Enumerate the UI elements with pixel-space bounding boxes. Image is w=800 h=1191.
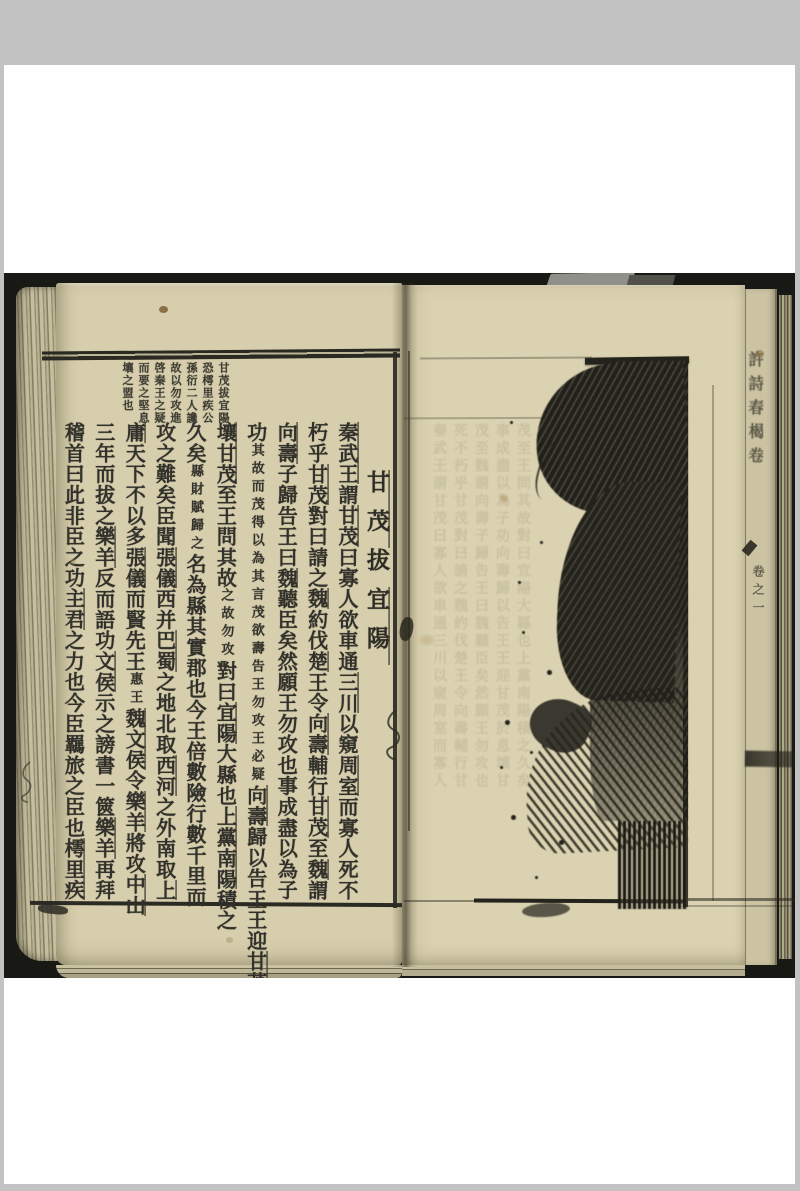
text-segment: 以窺 <box>335 713 359 755</box>
proper-name-marked-text: 庸 <box>122 422 146 443</box>
text-segment: 之外南取 <box>153 796 177 879</box>
proper-name-marked-text: 向壽 <box>244 785 268 827</box>
text-column: 秦武王謂甘茂曰寡人欲車通三川以窺周室而寡人死不 <box>333 422 361 900</box>
folio-edge-title: 許詩春楬卷 <box>748 351 763 566</box>
margin-note-column: 啓秦王之疑 <box>152 362 167 425</box>
proper-name-marked-text: 巴蜀 <box>153 630 177 672</box>
text-segment: 壤之盟也 <box>121 362 134 412</box>
proper-name-marked-text: 三川 <box>335 672 359 714</box>
text-column: 向壽子歸告王曰魏聽臣矣然願王勿攻也事成盡以為子 <box>272 422 300 900</box>
proper-name-marked-text: 甘茂 <box>363 470 390 548</box>
text-column: 朽乎甘茂對曰請之魏約伐楚王令向壽輔行甘茂至魏謂 <box>303 422 331 901</box>
margin-note-column: 壤之盟也 <box>120 362 135 412</box>
proper-name-marked-text: 魏文侯 <box>122 708 146 770</box>
text-column: 久矣賦歸之縣財名為縣其實郡也今王倍數險行數千里而 <box>181 422 209 907</box>
proper-name-marked-text: 樂羊 <box>92 526 116 568</box>
smudge-bottom-band <box>618 821 688 909</box>
text-segment: 對曰請之 <box>305 505 329 588</box>
text-segment: 至王問其故 <box>213 484 237 588</box>
proper-name-marked-text: 樂羊 <box>92 817 116 859</box>
text-segment: 啓秦王之疑 <box>153 362 166 425</box>
text-segment: 孫衍二人讒 <box>185 362 198 425</box>
margin-squiggle-mark <box>382 708 404 762</box>
text-segment: 甘茂拔宜陽 <box>217 362 230 425</box>
proper-name-marked-text: 魏 <box>274 568 298 589</box>
interlinear-note-subcolumn: 之故 <box>219 588 233 624</box>
proper-name-marked-text: 樂羊 <box>122 791 146 833</box>
text-column: 攻之難矣臣聞張儀西并巴蜀之地北取西河之外南取上 <box>151 422 179 900</box>
text-column: 稽首曰此非臣之功主君之力也今臣羈旅之臣也樗里疾 <box>59 422 87 900</box>
proper-name-marked-text: 楚 <box>305 651 329 672</box>
right-margin-faint-line <box>712 385 714 901</box>
proper-name-marked-text: 南陽 <box>213 848 237 890</box>
proper-name-marked-text: 壤 <box>213 422 237 443</box>
smudge-speckles <box>510 421 513 424</box>
proper-name-marked-text: 張儀 <box>153 547 177 589</box>
section-title: 甘茂拔宜陽 <box>361 470 391 665</box>
folio-volume-label: 卷之一 <box>751 565 765 619</box>
text-segment: 示之謗書一篋 <box>92 692 116 817</box>
proper-name-marked-text: 甘茂 <box>244 951 268 978</box>
proper-name-marked-text: 上黨 <box>213 806 237 848</box>
proper-name-marked-text: 張儀 <box>122 547 146 589</box>
margin-note-column: 而要之堅息 <box>136 362 151 425</box>
text-segment: 天下不以多 <box>122 443 146 547</box>
margin-note-column: 甘茂拔宜陽 <box>216 362 231 425</box>
interlinear-note-subcolumn: 其故而茂得以為其言 <box>249 443 263 605</box>
foxing-spot <box>420 635 434 645</box>
text-segment: 再拜 <box>92 859 116 901</box>
text-segment: 西并 <box>153 588 177 630</box>
left-frame-right-rule <box>393 352 397 908</box>
text-segment: 久矣 <box>183 422 207 464</box>
text-segment: 功 <box>244 422 268 443</box>
margin-note-column: 孫衍二人讒 <box>184 362 199 425</box>
margin-note-column: 恐樗里疾公 <box>200 362 215 425</box>
foxing-spot <box>70 559 76 565</box>
proper-name-marked-text: 文侯 <box>92 651 116 693</box>
text-column: 庸天下不以多張儀而賢先王惠王魏文侯令樂羊將攻中山 <box>120 422 148 916</box>
margin-note-column: 故以勿攻進 <box>168 362 183 425</box>
proper-name-marked-text: 魏 <box>305 859 329 880</box>
text-segment: 拔 <box>363 548 390 587</box>
foxing-spot <box>159 306 168 313</box>
text-segment: 之力也今臣羈旅之臣也 <box>61 630 85 838</box>
page-edge-squiggle-mark <box>18 760 36 804</box>
right-page-bottom-edge <box>402 965 745 976</box>
right-page-stack-edges <box>779 295 792 959</box>
proper-name-marked-text: 主君 <box>61 588 85 630</box>
proper-name-marked-text: 樗里疾 <box>61 838 85 900</box>
proper-name-marked-text: 宜陽 <box>213 702 237 744</box>
text-segment: 曰寡人欲車通 <box>335 547 359 672</box>
proper-name-marked-text: 甘茂 <box>305 464 329 506</box>
text-segment: 秦武王謂甘茂曰寡人欲車通三川以窺周室而寡人 <box>431 423 447 791</box>
text-segment: 恐樗里疾公 <box>201 362 214 425</box>
text-segment: 輔行 <box>305 755 329 797</box>
proper-name-marked-text: 甘茂 <box>305 796 329 838</box>
text-segment: 聽臣矣然願王勿攻也事成盡以為子 <box>274 588 298 900</box>
ghost-text-column: 秦武王謂甘茂曰寡人欲車通三川以窺周室而寡人 <box>429 423 449 791</box>
text-segment: 大縣也 <box>213 744 237 806</box>
text-segment: 而賢先王 <box>122 588 146 671</box>
foxing-spot <box>226 937 233 943</box>
proper-name-marked-text: 甘茂 <box>213 443 237 485</box>
text-segment: 而寡人死不 <box>335 796 359 900</box>
smudge-middle-lobe <box>554 479 682 703</box>
interlinear-note-subcolumn: 縣財 <box>189 464 203 500</box>
foxing-spot <box>755 350 764 358</box>
text-segment: 朽乎 <box>305 422 329 464</box>
proper-name-marked-text: 秦武王 <box>335 422 359 484</box>
interlinear-note-subcolumn: 賦歸之 <box>189 500 203 554</box>
text-segment: 子歸告王曰 <box>274 464 298 568</box>
text-segment: 三年而拔之 <box>92 422 116 526</box>
proper-name-marked-text: 上 <box>153 880 177 901</box>
proper-name-marked-text: 魏 <box>305 588 329 609</box>
text-segment: 名為縣其實郡也今王倍數險行數千里而 <box>183 554 207 908</box>
proper-name-marked-text: 甘茂 <box>335 505 359 547</box>
text-segment: 謂 <box>305 880 329 901</box>
left-page-bottom-edge <box>56 965 402 978</box>
interlinear-note-subcolumn: 惠王 <box>128 672 142 708</box>
interlinear-note: 惠王 <box>128 672 142 708</box>
interlinear-note: 勿攻之故 <box>219 588 233 660</box>
fold-edge-bottom-line-2 <box>688 905 795 907</box>
interlinear-note: 茂欲壽告王勿攻王必疑其故而茂得以為其言 <box>249 443 263 785</box>
interlinear-note-subcolumn: 茂欲壽告王勿攻王必疑 <box>249 605 263 785</box>
text-segment: 積之 <box>213 889 237 931</box>
foxing-spot <box>500 495 508 502</box>
text-segment: 約伐 <box>305 609 329 651</box>
book-photo: 秦武王謂甘茂曰寡人欲車通三川以窺周室而寡人死不朽乎甘茂對曰請之魏約伐楚王令向壽輔… <box>4 273 795 978</box>
interlinear-note-subcolumn: 勿攻 <box>219 624 233 660</box>
scanned-book-image: 秦武王謂甘茂曰寡人欲車通三川以窺周室而寡人死不朽乎甘茂對曰請之魏約伐楚王令向壽輔… <box>0 0 800 1191</box>
right-edge-ink-band <box>745 751 795 768</box>
text-segment: 故以勿攻進 <box>169 362 182 425</box>
fold-edge-bottom-line <box>688 898 795 901</box>
text-segment: 歸以告王王迎 <box>244 826 268 951</box>
text-segment: 反而語功 <box>92 568 116 651</box>
interlinear-note: 賦歸之縣財 <box>189 464 203 554</box>
text-column: 壤甘茂至王問其故勿攻之故對曰宜陽大縣也上黨南陽積之 <box>211 422 239 931</box>
text-segment: 王令 <box>305 672 329 714</box>
text-segment: 攻之難矣臣聞 <box>153 422 177 547</box>
text-segment: 至 <box>305 838 329 859</box>
text-column: 三年而拔之樂羊反而語功文侯示之謗書一篋樂羊再拜 <box>90 422 118 900</box>
ink-smudge-blot <box>450 361 688 909</box>
text-segment: 而要之堅息 <box>137 362 150 425</box>
text-segment: 之地北取 <box>153 672 177 755</box>
proper-name-marked-text: 向壽 <box>305 713 329 755</box>
text-segment: 令 <box>122 770 146 791</box>
proper-name-marked-text: 中山 <box>122 874 146 916</box>
proper-name-marked-text: 宜陽 <box>363 587 390 665</box>
text-segment: 謂 <box>335 484 359 505</box>
proper-name-marked-text: 西河 <box>153 755 177 797</box>
text-segment: 對曰 <box>213 660 237 702</box>
proper-name-marked-text: 向壽 <box>274 422 298 464</box>
centerfold-line <box>408 351 410 831</box>
text-segment: 將攻 <box>122 832 146 874</box>
text-column: 功茂欲壽告王勿攻王必疑其故而茂得以為其言向壽歸以告王王迎甘茂於息 <box>242 422 270 978</box>
proper-name-marked-text: 周室 <box>335 755 359 797</box>
